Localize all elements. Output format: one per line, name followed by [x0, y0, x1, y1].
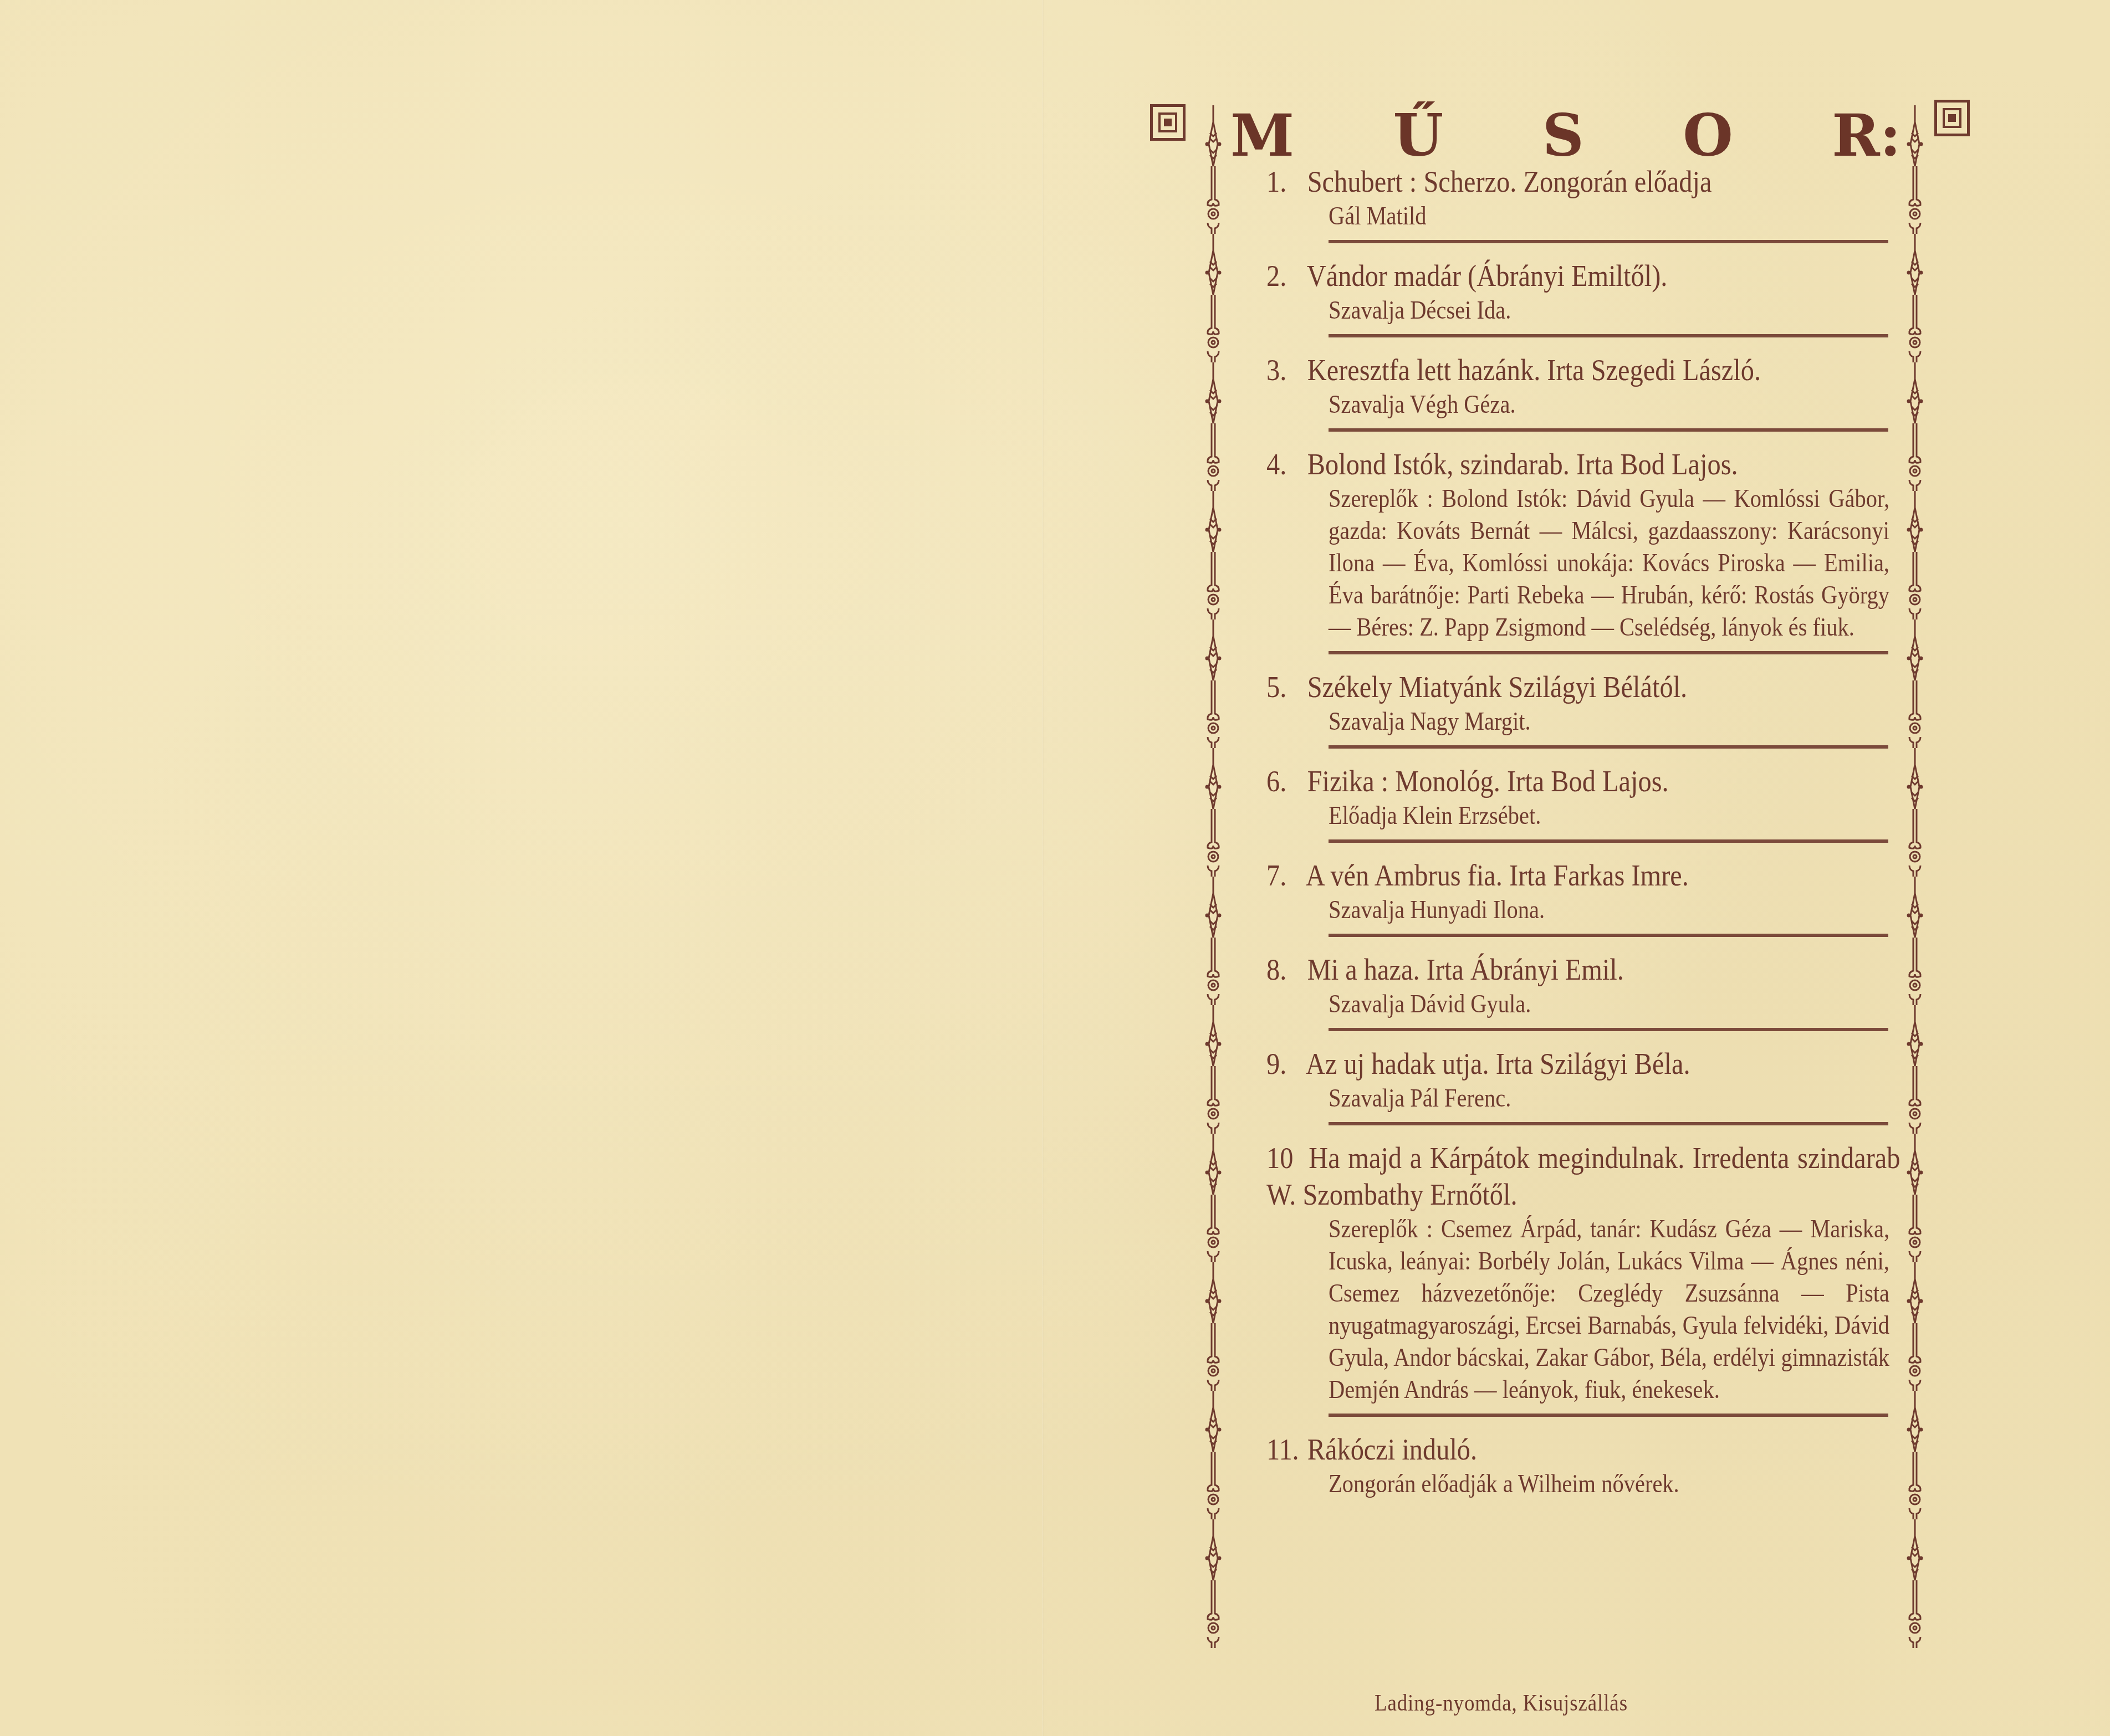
- program-item: 7. A vén Ambrus fia. Irta Farkas Imre. S…: [1266, 857, 1904, 937]
- item-number: 1.: [1266, 163, 1301, 200]
- ornamental-border-left: [1204, 105, 1223, 1657]
- title-letter: Ű: [1393, 105, 1444, 166]
- item-title: Az uj hadak utja. Irta Szilágyi Béla.: [1306, 1047, 1690, 1080]
- program-item: 9. Az uj hadak utja. Irta Szilágyi Béla.…: [1266, 1046, 1904, 1125]
- item-number: 9.: [1266, 1046, 1301, 1082]
- item-number: 10: [1266, 1140, 1301, 1176]
- program-item: 11. Rákóczi induló. Zongorán előadják a …: [1266, 1431, 1904, 1500]
- program-list: 1. Schubert : Scherzo. Zongorán előadja …: [1266, 163, 1904, 1500]
- divider-rule: [1329, 839, 1888, 843]
- item-title: Keresztfa lett hazánk. Irta Szegedi Lász…: [1307, 353, 1761, 387]
- program-item: 10 Ha majd a Kárpátok megindulnak. Irred…: [1266, 1140, 1904, 1417]
- item-performer: Gál Matild: [1329, 200, 1889, 232]
- item-number: 4.: [1266, 446, 1301, 483]
- ornament-column-icon: [1204, 105, 1223, 1657]
- item-title: Mi a haza. Irta Ábrányi Emil.: [1307, 953, 1624, 986]
- program-item: 2. Vándor madár (Ábrányi Emiltől). Szava…: [1266, 258, 1904, 337]
- divider-rule: [1329, 745, 1888, 749]
- item-title: Rákóczi induló.: [1307, 1432, 1477, 1466]
- program-item: 4. Bolond Istók, szindarab. Irta Bod Laj…: [1266, 446, 1904, 654]
- square-ornament-icon: [1934, 100, 1970, 136]
- item-cast-list: Szereplők : Csemez Árpád, tanár: Kudász …: [1329, 1213, 1889, 1406]
- divider-rule: [1329, 1122, 1888, 1125]
- divider-rule: [1329, 428, 1888, 432]
- title-letter: M: [1230, 105, 1294, 166]
- item-title: Vándor madár (Ábrányi Emiltől).: [1307, 259, 1668, 293]
- program-item: 6. Fizika : Monológ. Irta Bod Lajos. Elő…: [1266, 763, 1904, 843]
- item-number: 8.: [1266, 951, 1301, 988]
- item-performer: Előadja Klein Erzsébet.: [1329, 800, 1889, 832]
- item-title: Fizika : Monológ. Irta Bod Lajos.: [1307, 764, 1669, 798]
- item-number: 5.: [1266, 669, 1301, 705]
- title-letter: R:: [1832, 105, 1901, 166]
- divider-rule: [1329, 651, 1888, 654]
- paper-fold-crease: [1042, 0, 1044, 1736]
- square-ornament-icon: [1150, 104, 1186, 141]
- program-item: 1. Schubert : Scherzo. Zongorán előadja …: [1266, 163, 1904, 243]
- item-number: 3.: [1266, 352, 1301, 388]
- item-performer: Szavalja Hunyadi Ilona.: [1329, 894, 1889, 926]
- item-title: Ha majd a Kárpátok megindulnak. Irredent…: [1266, 1141, 1900, 1211]
- divider-rule: [1329, 1414, 1888, 1417]
- divider-rule: [1329, 240, 1888, 243]
- ornamental-border-right: [1905, 105, 1924, 1657]
- ornament-column-icon: [1905, 105, 1924, 1657]
- page-title: M Ű S O R:: [1230, 105, 1901, 166]
- item-performer: Szavalja Nagy Margit.: [1329, 705, 1889, 738]
- divider-rule: [1329, 934, 1888, 937]
- program-panel: M Ű S O R: 1. Schubert : Scherzo. Zongor…: [1131, 83, 1995, 1734]
- item-performer: Szavalja Décsei Ida.: [1329, 294, 1889, 326]
- item-performer: Szavalja Pál Ferenc.: [1329, 1082, 1889, 1114]
- item-performer: Szavalja Dávid Gyula.: [1329, 988, 1889, 1020]
- item-title: A vén Ambrus fia. Irta Farkas Imre.: [1306, 858, 1689, 892]
- item-title: Székely Miatyánk Szilágyi Bélától.: [1307, 670, 1688, 704]
- title-letter: O: [1683, 105, 1733, 166]
- printer-imprint: Lading-nyomda, Kisujszállás: [1375, 1690, 1628, 1717]
- item-number: 7.: [1266, 857, 1301, 894]
- program-item: 8. Mi a haza. Irta Ábrányi Emil. Szavalj…: [1266, 951, 1904, 1031]
- divider-rule: [1329, 334, 1888, 337]
- title-letter: S: [1542, 105, 1584, 166]
- item-cast-list: Szereplők : Bolond Istók: Dávid Gyula — …: [1329, 483, 1889, 643]
- item-performer: Zongorán előadják a Wilheim nővérek.: [1329, 1468, 1889, 1500]
- item-number: 11.: [1266, 1431, 1301, 1468]
- item-number: 6.: [1266, 763, 1301, 800]
- divider-rule: [1329, 1028, 1888, 1031]
- item-number: 2.: [1266, 258, 1301, 294]
- program-item: 5. Székely Miatyánk Szilágyi Bélától. Sz…: [1266, 669, 1904, 749]
- item-title: Bolond Istók, szindarab. Irta Bod Lajos.: [1307, 447, 1738, 481]
- program-item: 3. Keresztfa lett hazánk. Irta Szegedi L…: [1266, 352, 1904, 432]
- item-title: Schubert : Scherzo. Zongorán előadja: [1307, 165, 1712, 198]
- item-performer: Szavalja Végh Géza.: [1329, 388, 1889, 421]
